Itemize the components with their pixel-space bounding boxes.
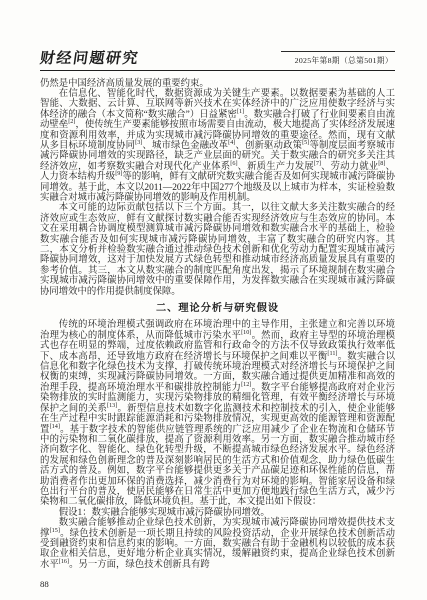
citation-marker: [3] <box>135 139 142 146</box>
page-number: 88 <box>40 579 49 589</box>
issue-info: 2025年第8期（总第501期） <box>281 51 395 67</box>
paragraph: 传统的环境治理模式强调政府在环境治理中的主导作用，主张建立和完善以环境治理为核心… <box>40 320 395 507</box>
citation-marker: [6] <box>230 160 237 167</box>
journal-logo: 财经问题研究 <box>39 50 140 67</box>
citation-marker: [16] <box>59 558 69 565</box>
journal-page: 财经问题研究 2025年第8期（总第501期） 仍然是中国经济高质量发展的重要约… <box>0 0 427 600</box>
citation-marker: [8] <box>378 160 385 167</box>
article-body: 仍然是中国经济高质量发展的重要约束。在信息化、智能化时代，数据资源成为关键生产要… <box>40 79 395 571</box>
section-heading: 二、理论分析与研究假设 <box>40 304 395 314</box>
citation-marker: [7] <box>314 160 321 167</box>
citation-marker: [4] <box>228 139 235 146</box>
paragraph: 仍然是中国经济高质量发展的重要约束。 <box>40 79 395 89</box>
paragraph: 假设1：数实融合能够实现城市减污降碳协同增效。 <box>40 508 395 518</box>
citation-marker: [15] <box>50 526 60 533</box>
page-footer: 88 <box>40 579 395 589</box>
citation-marker: [9] <box>115 170 122 177</box>
citation-marker: [13] <box>107 402 117 409</box>
journal-header: 财经问题研究 2025年第8期（总第501期） <box>40 50 395 71</box>
paragraph: 本文可能的边际贡献包括以下三个方面。其一，以往文献大多关注数实融合的经济效应或生… <box>40 203 395 297</box>
citation-marker: [5] <box>302 139 309 146</box>
citation-marker: [10] <box>241 329 251 336</box>
citation-marker: [2] <box>68 118 75 125</box>
citation-marker: [12] <box>241 381 251 388</box>
paragraph: 在信息化、智能化时代，数据资源成为关键生产要素。以数据要素为基础的人工智能、大数… <box>40 89 395 203</box>
article-blocks: 仍然是中国经济高质量发展的重要约束。在信息化、智能化时代，数据资源成为关键生产要… <box>40 79 395 571</box>
citation-marker: [11] <box>327 350 337 357</box>
citation-marker: [1] <box>237 108 244 115</box>
paragraph: 数实融合能够推动企业绿色技术创新，为实现城市减污降碳协同增效提供技术支撑[15]… <box>40 518 395 570</box>
citation-marker: [14] <box>50 422 60 429</box>
